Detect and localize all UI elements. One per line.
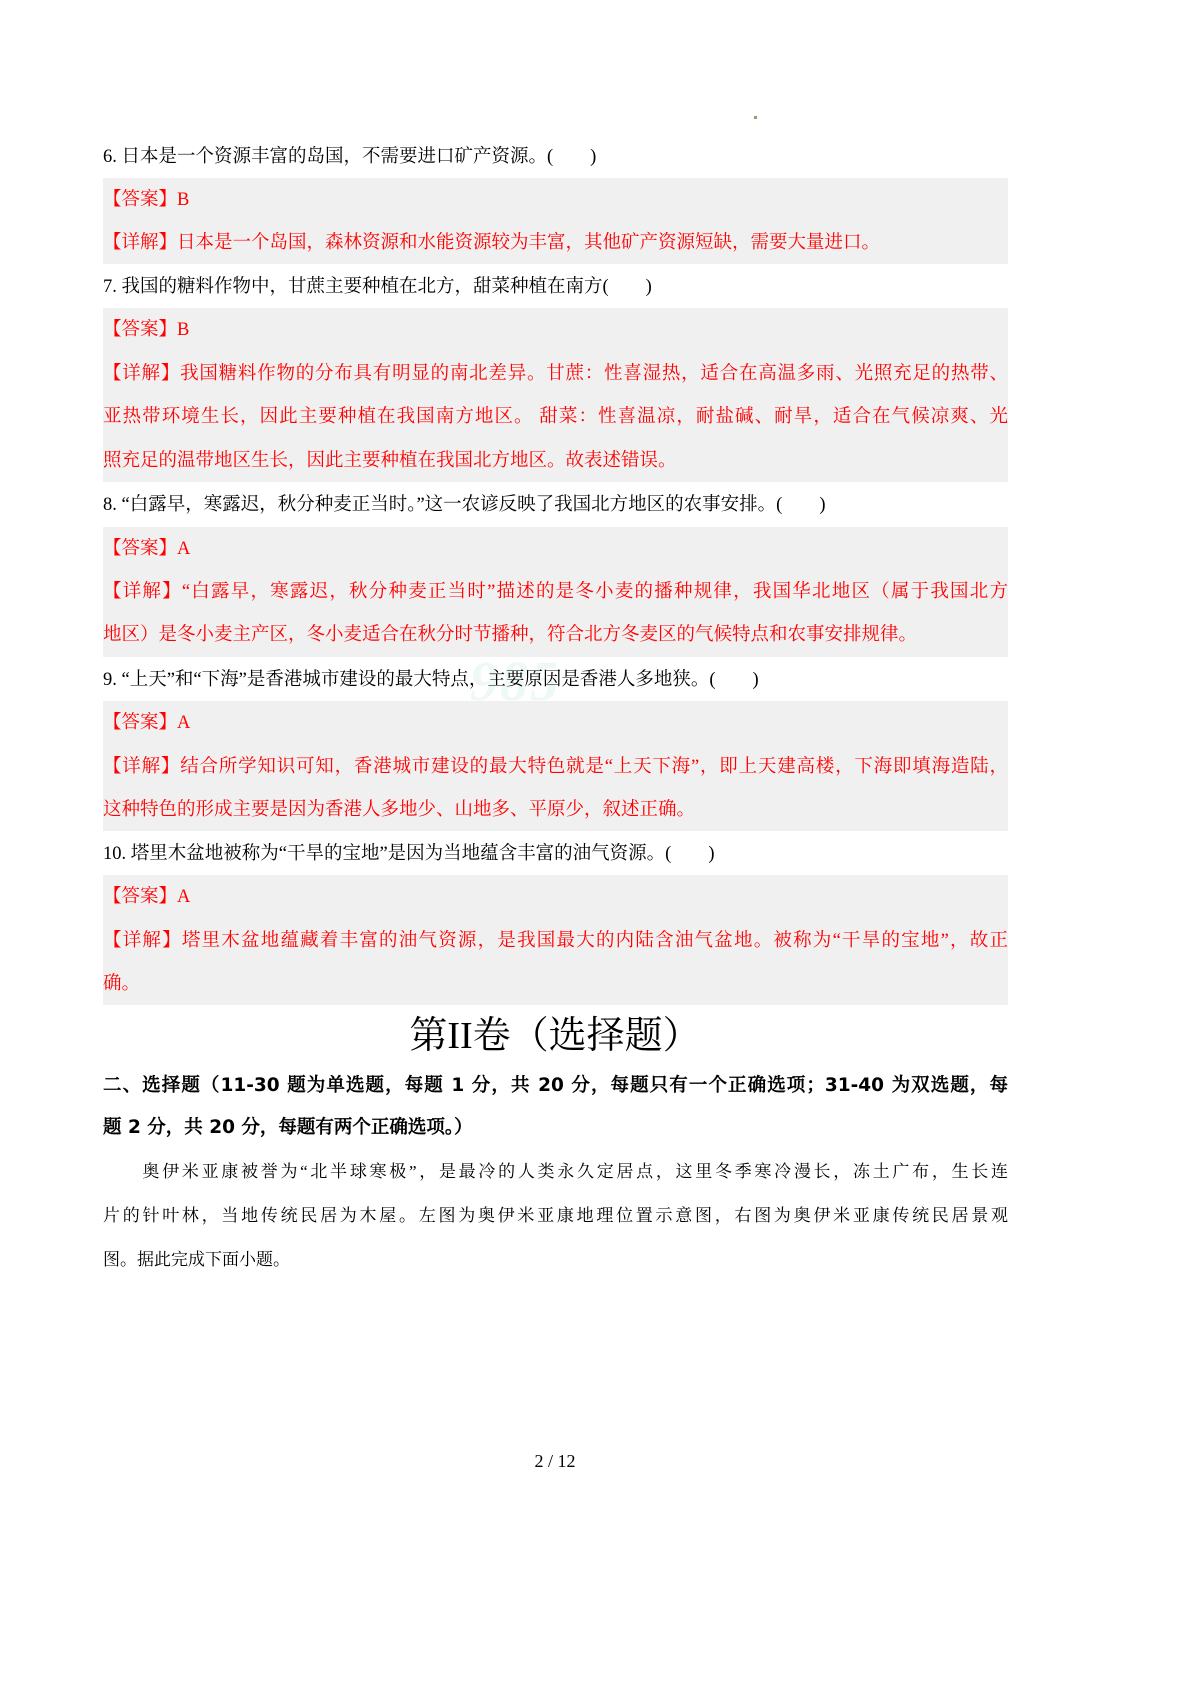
question-text: 塔里木盆地被称为“干旱的宝地”是因为当地蕴含丰富的油气资源。( ) (131, 844, 715, 864)
question-number: 6. (103, 147, 117, 167)
explanation-line: 【详解】日本是一个岛国，森林资源和水能资源较为丰富，其他矿产资源短缺，需要大量进… (103, 231, 1008, 255)
question-text: “白露早，寒露迟，秋分种麦正当时。”这一农谚反映了我国北方地区的农事安排。( ) (122, 495, 826, 515)
explanation-label: 【详解】 (103, 757, 180, 777)
question-text: 我国的糖料作物中，甘蔗主要种植在北方，甜菜种植在南方( ) (122, 277, 652, 297)
answer-box-6: 【答案】B 【详解】日本是一个岛国，森林资源和水能资源较为丰富，其他矿产资源短缺… (103, 178, 1008, 264)
question-7: 7. 我国的糖料作物中，甘蔗主要种植在北方，甜菜种植在南方( ) (103, 275, 652, 299)
explanation-line: 【详解】塔里木盆地蕴藏着丰富的油气资源，是我国最大的内陆含油气盆地。被称为“干旱… (103, 929, 1008, 953)
explanation-text: 我国糖料作物的分布具有明显的南北差异。甘蔗：性喜湿热，适合在高温多雨、光照充足的… (180, 364, 1008, 384)
answer-value: A (177, 713, 190, 733)
explanation-line: 照充足的温带地区生长，因此主要种植在我国北方地区。故表述错误。 (103, 449, 1008, 473)
answer-label: 【答案】 (103, 320, 177, 340)
answer-box-8: 【答案】A 【详解】“白露早，寒露迟，秋分种麦正当时”描述的是冬小麦的播种规律，… (103, 527, 1008, 657)
section-heading-line: 题 2 分，共 20 分，每题有两个正确选项。） (103, 1116, 1008, 1140)
answer-label: 【答案】 (103, 713, 177, 733)
answer-value: B (177, 320, 189, 340)
question-8: 8. “白露早，寒露迟，秋分种麦正当时。”这一农谚反映了我国北方地区的农事安排。… (103, 493, 826, 517)
answer-line: 【答案】B (103, 188, 1008, 212)
answer-line: 【答案】A (103, 711, 1008, 735)
stimulus-paragraph-line: 奥伊米亚康被誉为“北半球寒极”，是最冷的人类永久定居点，这里冬季寒冷漫长，冻土广… (103, 1160, 1008, 1184)
explanation-line: 这种特色的形成主要是因为香港人多地少、山地多、平原少，叙述正确。 (103, 798, 1008, 822)
answer-line: 【答案】A (103, 537, 1008, 561)
question-number: 8. (103, 495, 117, 515)
question-number: 9. (103, 670, 117, 690)
explanation-label: 【详解】 (103, 364, 180, 384)
answer-value: A (177, 539, 190, 559)
answer-box-10: 【答案】A 【详解】塔里木盆地蕴藏着丰富的油气资源，是我国最大的内陆含油气盆地。… (103, 875, 1008, 1005)
answer-label: 【答案】 (103, 539, 177, 559)
explanation-text: 塔里木盆地蕴藏着丰富的油气资源，是我国最大的内陆含油气盆地。被称为“干旱的宝地”… (182, 931, 1008, 951)
explanation-line: 【详解】结合所学知识可知，香港城市建设的最大特色就是“上天下海”，即上天建高楼，… (103, 755, 1008, 779)
answer-value: B (177, 190, 189, 210)
page-number: 2 / 12 (0, 1451, 1110, 1472)
question-number: 10. (103, 844, 126, 864)
explanation-text: 结合所学知识可知，香港城市建设的最大特色就是“上天下海”，即上天建高楼，下海即填… (180, 757, 1008, 777)
explanation-line: 【详解】我国糖料作物的分布具有明显的南北差异。甘蔗：性喜湿热，适合在高温多雨、光… (103, 362, 1008, 386)
explanation-label: 【详解】 (103, 233, 177, 253)
answer-value: A (177, 887, 190, 907)
explanation-line: 地区）是冬小麦主产区，冬小麦适合在秋分时节播种，符合北方冬麦区的气候特点和农事安… (103, 623, 1008, 647)
stimulus-paragraph-line: 片的针叶林，当地传统民居为木屋。左图为奥伊米亚康地理位置示意图，右图为奥伊米亚康… (103, 1204, 1008, 1228)
answer-line: 【答案】B (103, 318, 1008, 342)
explanation-line: 【详解】“白露早，寒露迟，秋分种麦正当时”描述的是冬小麦的播种规律，我国华北地区… (103, 580, 1008, 604)
question-6: 6. 日本是一个资源丰富的岛国，不需要进口矿产资源。( ) (103, 145, 596, 169)
stimulus-paragraph-line: 图。据此完成下面小题。 (103, 1248, 1008, 1272)
question-number: 7. (103, 277, 117, 297)
answer-box-7: 【答案】B 【详解】我国糖料作物的分布具有明显的南北差异。甘蔗：性喜湿热，适合在… (103, 308, 1008, 482)
question-text: “上天”和“下海”是香港城市建设的最大特点，主要原因是香港人多地狭。( ) (122, 670, 759, 690)
stray-mark (754, 116, 757, 119)
explanation-label: 【详解】 (103, 931, 182, 951)
answer-label: 【答案】 (103, 887, 177, 907)
answer-line: 【答案】A (103, 885, 1008, 909)
question-text: 日本是一个资源丰富的岛国，不需要进口矿产资源。( ) (122, 147, 597, 167)
explanation-label: 【详解】 (103, 582, 182, 602)
section-title: 第II卷（选择题） (0, 1012, 1110, 1060)
question-9: 9. “上天”和“下海”是香港城市建设的最大特点，主要原因是香港人多地狭。( ) (103, 668, 759, 692)
explanation-text: 日本是一个岛国，森林资源和水能资源较为丰富，其他矿产资源短缺，需要大量进口。 (177, 233, 880, 253)
question-10: 10. 塔里木盆地被称为“干旱的宝地”是因为当地蕴含丰富的油气资源。( ) (103, 842, 715, 866)
answer-label: 【答案】 (103, 190, 177, 210)
explanation-text: “白露早，寒露迟，秋分种麦正当时”描述的是冬小麦的播种规律，我国华北地区（属于我… (182, 582, 1008, 602)
answer-box-9: 【答案】A 【详解】结合所学知识可知，香港城市建设的最大特色就是“上天下海”，即… (103, 701, 1008, 831)
explanation-line: 确。 (103, 972, 1008, 996)
explanation-line: 亚热带环境生长，因此主要种植在我国南方地区。 甜菜：性喜温凉，耐盐碱、耐旱，适合… (103, 405, 1008, 429)
document-page: 985 6. 日本是一个资源丰富的岛国，不需要进口矿产资源。( ) 【答案】B … (0, 0, 1190, 1683)
section-heading-line: 二、选择题（11-30 题为单选题，每题 1 分，共 20 分，每题只有一个正确… (103, 1074, 1008, 1098)
